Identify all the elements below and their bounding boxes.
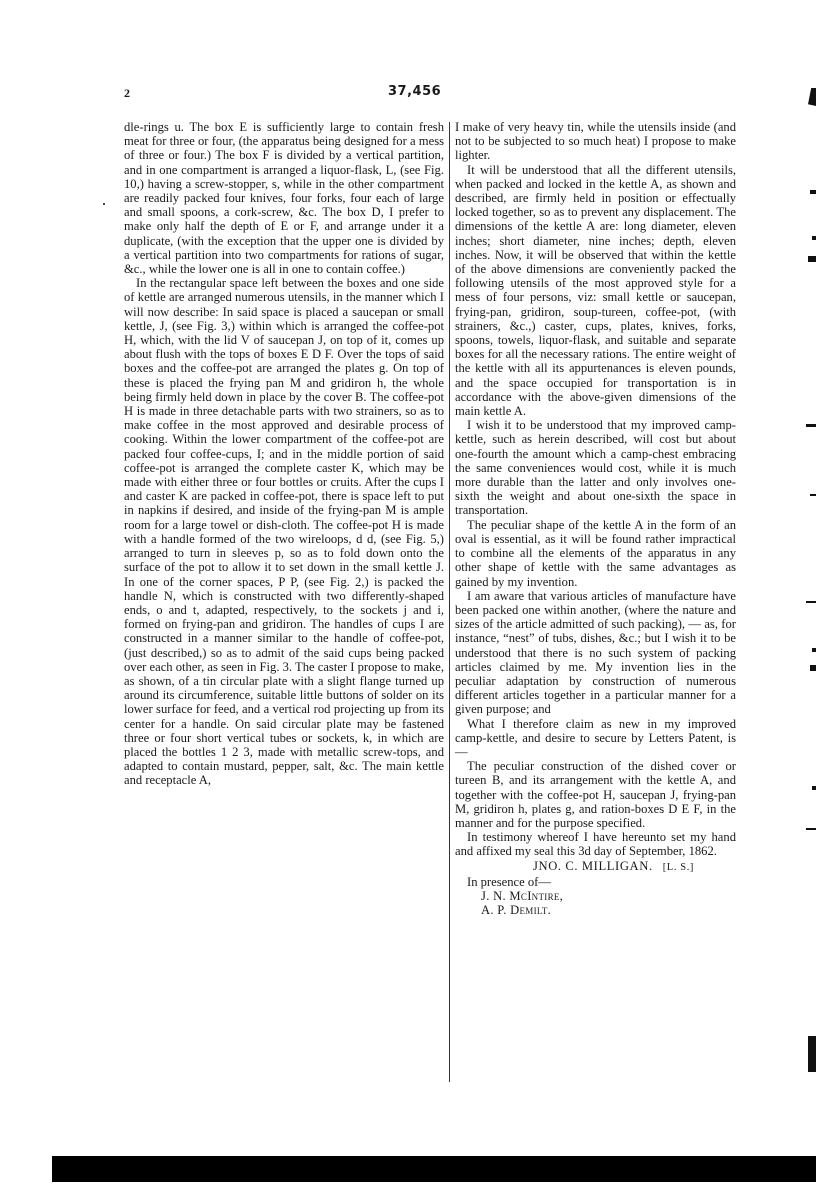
patent-number: 37,456 (388, 84, 441, 99)
paragraph: In the rectangular space left between th… (124, 276, 444, 787)
scan-edge-mark (812, 786, 816, 790)
witness-intro: In presence of— (455, 875, 736, 889)
scan-edge-mark (806, 424, 816, 427)
scan-edge-mark (810, 494, 816, 496)
paragraph: It will be understood that all the diffe… (455, 163, 736, 419)
scan-edge-mark (808, 1036, 816, 1072)
seal-mark: [L. S.] (663, 862, 694, 873)
paragraph: I am aware that various articles of manu… (455, 589, 736, 717)
signatory-name: JNO. C. MILLIGAN. (533, 859, 653, 873)
left-column: dle-rings u. The box E is sufficiently l… (124, 120, 444, 788)
scan-edge-mark (810, 665, 816, 671)
witness-name: A. P. Demilt. (455, 903, 736, 917)
scan-edge-mark (808, 88, 816, 106)
scan-speck (103, 203, 105, 205)
paragraph: What I therefore claim as new in my impr… (455, 717, 736, 760)
scan-edge-mark (812, 236, 816, 240)
scan-edge-mark (812, 648, 816, 652)
scan-bottom-bar (52, 1156, 816, 1182)
paragraph: I wish it to be understood that my impro… (455, 418, 736, 517)
claim-paragraph: The peculiar construction of the dished … (455, 759, 736, 830)
scan-edge-mark (806, 828, 816, 830)
paragraph: I make of very heavy tin, while the uten… (455, 120, 736, 163)
scan-edge-mark (810, 190, 816, 194)
column-divider (449, 122, 450, 1082)
paragraph: dle-rings u. The box E is sufficiently l… (124, 120, 444, 276)
signature-line: JNO. C. MILLIGAN.[L. S.] (455, 859, 736, 875)
testimony-paragraph: In testimony whereof I have hereunto set… (455, 830, 736, 858)
paragraph: The peculiar shape of the kettle A in th… (455, 518, 736, 589)
witness-name: J. N. McIntire, (455, 889, 736, 903)
right-column: I make of very heavy tin, while the uten… (455, 120, 736, 917)
scan-edge-mark (806, 601, 816, 603)
page-number: 2 (124, 86, 130, 101)
scan-edge-mark (808, 256, 816, 262)
